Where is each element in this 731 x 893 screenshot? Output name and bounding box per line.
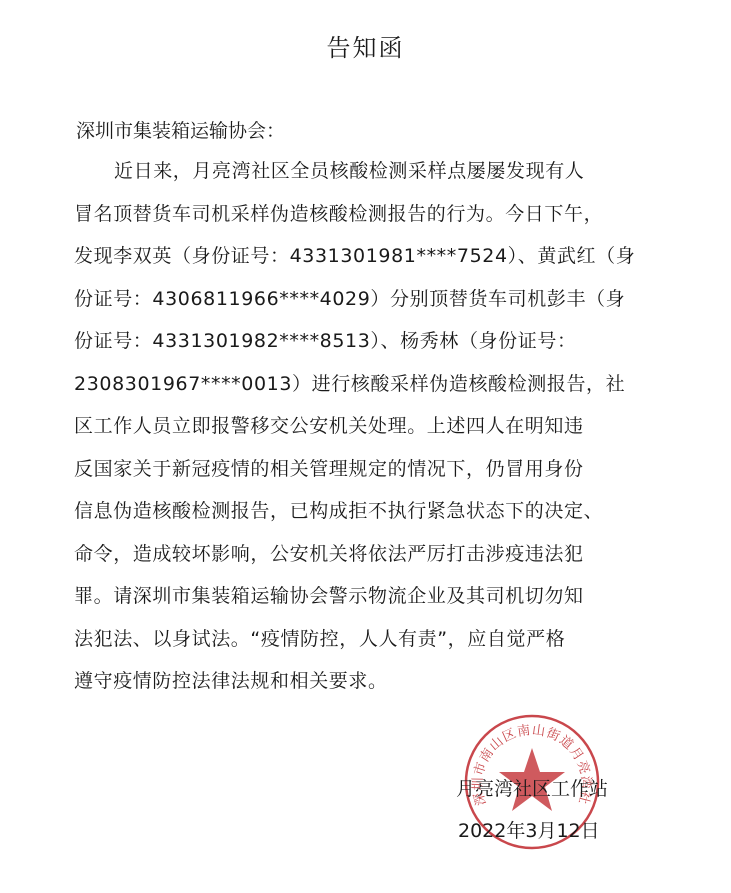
signature-date: 2022年3月12日 <box>458 816 600 843</box>
document-title: 告知函 <box>0 28 731 63</box>
body-line: 命令，造成较坏影响，公安机关将依法严厉打击涉疫违法犯 <box>74 533 634 576</box>
body-line: 法犯法、以身试法。“疫情防控，人人有责”，应自觉严格 <box>74 618 634 661</box>
body-line: 发现李双英（身份证号：4331301981****7524）、黄武红（身 <box>74 235 634 278</box>
body-line: 反国家关于新冠疫情的相关管理规定的情况下，仍冒用身份 <box>74 448 634 491</box>
signature-organization: 月亮湾社区工作站 <box>456 774 608 801</box>
body-line: 份证号：4331301982****8513）、杨秀林（身份证号： <box>74 320 634 363</box>
body-line: 2308301967****0013）进行核酸采样伪造核酸检测报告，社 <box>74 363 634 406</box>
body-line: 遵守疫情防控法律法规和相关要求。 <box>74 660 634 703</box>
salutation: 深圳市集装箱运输协会： <box>76 116 285 143</box>
body-line: 份证号：4306811966****4029）分别顶替货车司机彭丰（身 <box>74 278 634 321</box>
body-line: 罪。请深圳市集装箱运输协会警示物流企业及其司机切勿知 <box>74 575 634 618</box>
letter-body: 近日来，月亮湾社区全员核酸检测采样点屡屡发现有人 冒名顶替货车司机采样伪造核酸检… <box>74 150 634 703</box>
body-line: 信息伪造核酸检测报告，已构成拒不执行紧急状态下的决定、 <box>74 490 634 533</box>
body-line: 冒名顶替货车司机采样伪造核酸检测报告的行为。今日下午， <box>74 193 634 236</box>
body-line: 近日来，月亮湾社区全员核酸检测采样点屡屡发现有人 <box>74 150 634 193</box>
body-line: 区工作人员立即报警移交公安机关处理。上述四人在明知违 <box>74 405 634 448</box>
